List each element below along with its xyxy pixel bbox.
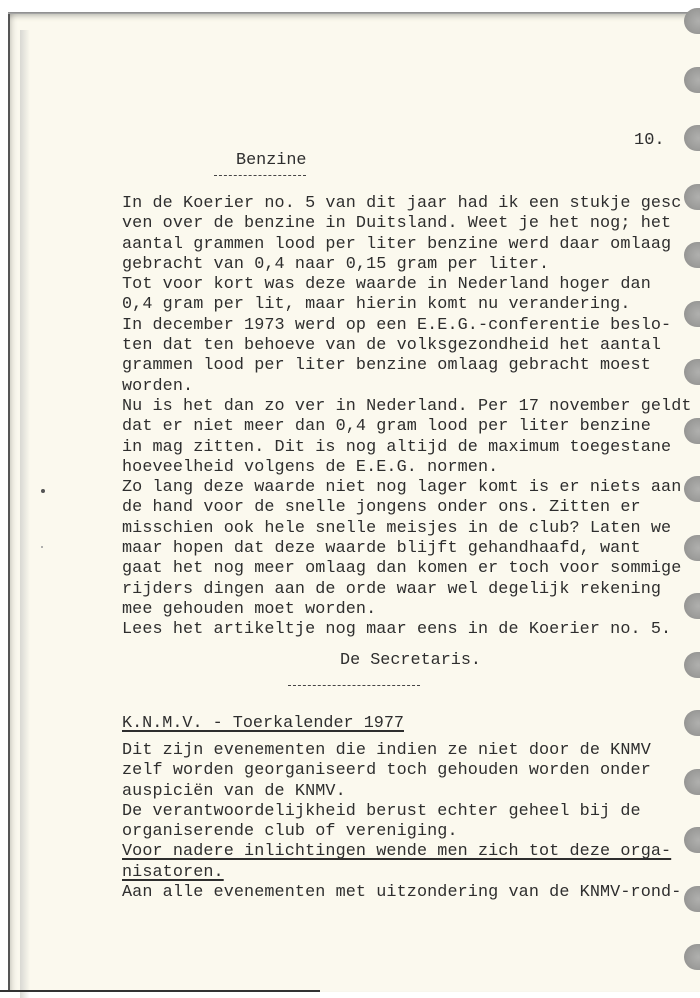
text-line: In de Koerier no. 5 van dit jaar had ik … [122, 194, 692, 214]
text-line: organiserende club of vereniging. [122, 822, 681, 842]
text-line: dat er niet meer dan 0,4 gram lood per l… [122, 417, 692, 437]
signature-dashed-rule [288, 685, 420, 686]
underlined-text: nisatoren. [122, 863, 224, 882]
text-line: gebracht van 0,4 naar 0,15 gram per lite… [122, 255, 692, 275]
text-line: zelf worden georganiseerd toch gehouden … [122, 761, 681, 781]
signature: De Secretaris. [340, 651, 481, 670]
title-dashed-underline [214, 175, 306, 176]
text-line: Aan alle evenementen met uitzondering va… [122, 883, 681, 903]
text-line: mee gehouden moet worden. [122, 600, 692, 620]
article-body-toerkalender: Dit zijn evenementen die indien ze niet … [122, 741, 681, 903]
stray-mark [41, 546, 43, 548]
text-line: hoeveelheid volgens de E.E.G. normen. [122, 458, 692, 478]
text-line: In december 1973 werd op een E.E.G.-conf… [122, 316, 692, 336]
text-line: 0,4 gram per lit, maar hierin komt nu ve… [122, 295, 692, 315]
binder-hole [684, 652, 700, 678]
text-line: rijders dingen aan de orde waar wel dege… [122, 580, 692, 600]
text-line: gaat het nog meer omlaag dan komen er to… [122, 559, 692, 579]
text-line: ten dat ten behoeve van de volksgezondhe… [122, 336, 692, 356]
text-line: Zo lang deze waarde niet nog lager komt … [122, 478, 692, 498]
text-line: Tot voor kort was deze waarde in Nederla… [122, 275, 692, 295]
text-line: misschien ook hele snelle meisjes in de … [122, 519, 692, 539]
text-line: de hand voor de snelle jongens onder ons… [122, 498, 692, 518]
text-line: in mag zitten. Dit is nog altijd de maxi… [122, 438, 692, 458]
text-line: Dit zijn evenementen die indien ze niet … [122, 741, 681, 761]
binder-hole [684, 886, 700, 912]
text-line: worden. [122, 377, 692, 397]
text-line: De verantwoordelijkheid berust echter ge… [122, 802, 681, 822]
stray-mark [41, 489, 45, 493]
page-number: 10. [634, 131, 665, 150]
article-title-toerkalender: K.N.M.V. - Toerkalender 1977 [122, 714, 404, 733]
binder-hole [684, 67, 700, 93]
text-line: aantal grammen lood per liter benzine we… [122, 235, 692, 255]
underlined-text: Voor nadere inlichtingen wende men zich … [122, 842, 671, 861]
page-bottom-edge [0, 990, 320, 992]
text-line: auspiciën van de KNMV. [122, 782, 681, 802]
article-title-benzine: Benzine [236, 151, 307, 170]
text-line: Lees het artikeltje nog maar eens in de … [122, 620, 692, 640]
text-line-underlined: Voor nadere inlichtingen wende men zich … [122, 842, 681, 862]
article-body-benzine: In de Koerier no. 5 van dit jaar had ik … [122, 194, 692, 641]
text-line: maar hopen dat deze waarde blijft gehand… [122, 539, 692, 559]
page-left-shadow [20, 30, 30, 998]
binder-hole [684, 769, 700, 795]
text-line-underlined: nisatoren. [122, 863, 681, 883]
text-line: grammen lood per liter benzine omlaag ge… [122, 356, 692, 376]
text-line: Nu is het dan zo ver in Nederland. Per 1… [122, 397, 692, 417]
text-line: ven over de benzine in Duitsland. Weet j… [122, 214, 692, 234]
